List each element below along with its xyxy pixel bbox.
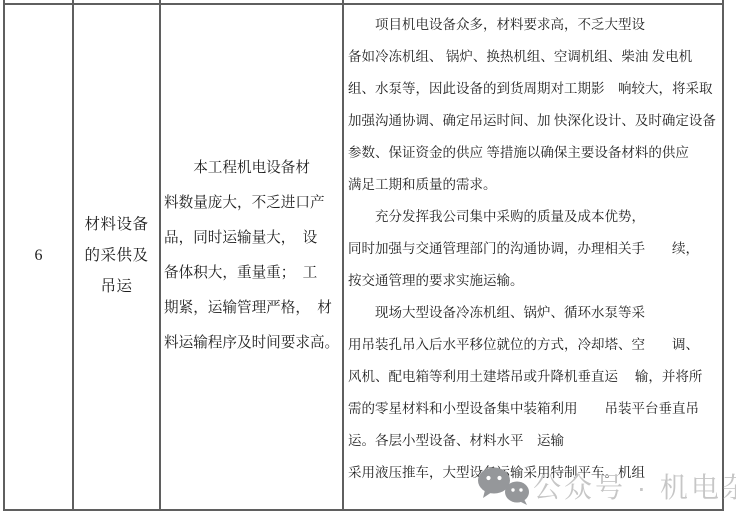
detail-text: 项目机电设备众多，材料要求高，不乏大型设备如冷冻机组、 锅炉、换热机组、空调机组…: [344, 0, 722, 489]
cell-summary: 本工程机电设备材料数量庞大，不乏进口产品，同时运输量大， 设备体积大，重量重； …: [159, 0, 342, 511]
serial-number: 6: [35, 247, 43, 265]
cell-serial-number: 6: [3, 0, 72, 511]
table: 6 材料设备的采供及吊运 本工程机电设备材料数量庞大，不乏进口产品，同时运输量大…: [3, 0, 724, 511]
category-label: 材料设备的采供及吊运: [85, 209, 149, 302]
table-top-border: [3, 3, 724, 5]
document-page: 6 材料设备的采供及吊运 本工程机电设备材料数量庞大，不乏进口产品，同时运输量大…: [0, 0, 736, 519]
cell-detail: 项目机电设备众多，材料要求高，不乏大型设备如冷冻机组、 锅炉、换热机组、空调机组…: [342, 0, 722, 511]
table-bottom-border: [3, 509, 724, 511]
summary-text: 本工程机电设备材料数量庞大，不乏进口产品，同时运输量大， 设备体积大，重量重； …: [161, 151, 342, 361]
cell-category: 材料设备的采供及吊运: [72, 0, 159, 511]
